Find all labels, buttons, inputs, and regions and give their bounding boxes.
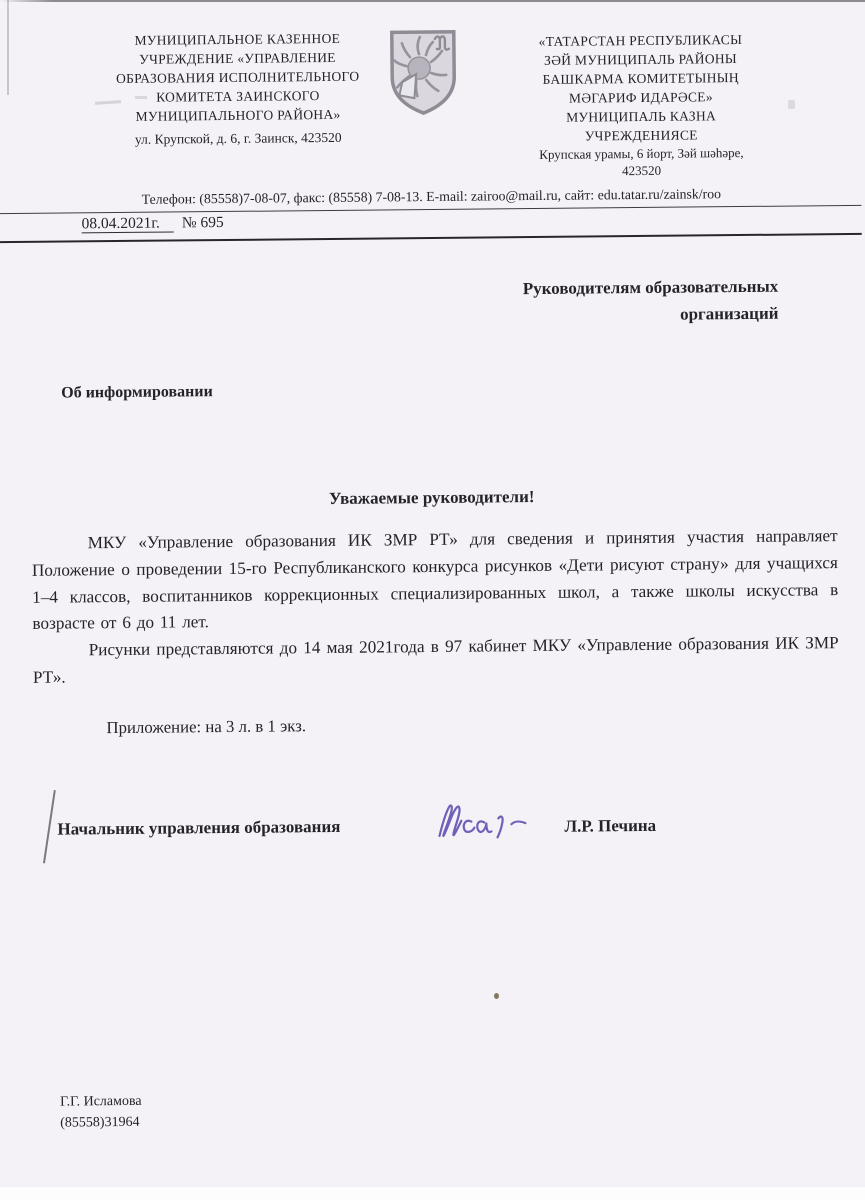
executor-phone: (85558)31964 [60, 1112, 142, 1134]
salutation: Уважаемые руководители! [0, 484, 864, 512]
page-content: МУНИЦИПАЛЬНОЕ КАЗЕННОЕ УЧРЕЖДЕНИЕ «УПРАВ… [0, 0, 865, 1200]
document-date: 08.04.2021г. [82, 214, 174, 233]
org-ru-line: МУНИЦИПАЛЬНОГО РАЙОНА» [80, 104, 395, 126]
executor-name: Г.Г. Исламова [60, 1091, 142, 1113]
registration-line: 08.04.2021г.№ 695 [82, 214, 224, 233]
signer-name: Л.Р. Печина [564, 816, 656, 837]
pen-mark [43, 790, 56, 863]
body-paragraph-2: Рисунки представляются до 14 мая 2021год… [33, 630, 839, 691]
org-address-tatar: Крупская урамы, 6 йорт, Зәй шәһәре, 4235… [474, 143, 809, 180]
subject-line: Об информировании [61, 383, 213, 402]
executor-block: Г.Г. Исламова (85558)31964 [60, 1091, 142, 1134]
org-name-tatar: «ТАТАРСТАН РЕСПУБЛИКАСЫ ЗӘЙ МУНИЦИПАЛЬ Р… [473, 29, 809, 146]
letter-body: МКУ «Управление образования ИК ЗМР РТ» д… [32, 523, 840, 742]
addressee-block: Руководителям образовательных организаци… [523, 273, 779, 329]
attachment-note: Приложение: на 3 л. в 1 экз. [33, 708, 839, 743]
document-number: № 695 [182, 214, 224, 231]
body-paragraph-1: МКУ «Управление образования ИК ЗМР РТ» д… [32, 523, 839, 638]
contacts-line: Телефон: (85558)7-08-07, факс: (85558) 7… [36, 185, 826, 209]
header-divider-thick [0, 233, 862, 243]
org-tt-address-line: 423520 [474, 160, 809, 180]
coat-of-arms-icon [385, 27, 462, 118]
signer-title: Начальник управления образования [57, 817, 340, 840]
addressee-line: Руководителям образовательных [523, 273, 779, 302]
scanned-letter-page: МУНИЦИПАЛЬНОЕ КАЗЕННОЕ УЧРЕЖДЕНИЕ «УПРАВ… [0, 0, 865, 1200]
org-ru-line: ОБРАЗОВАНИЯ ИСПОЛНИТЕЛЬНОГО [80, 66, 395, 88]
org-name-russian: МУНИЦИПАЛЬНОЕ КАЗЕННОЕ УЧРЕЖДЕНИЕ «УПРАВ… [80, 28, 396, 126]
org-address-russian: ул. Крупской, д. 6, г. Заинск, 423520 [81, 129, 396, 148]
addressee-line: организаций [523, 300, 779, 329]
handwritten-signature [427, 791, 578, 852]
